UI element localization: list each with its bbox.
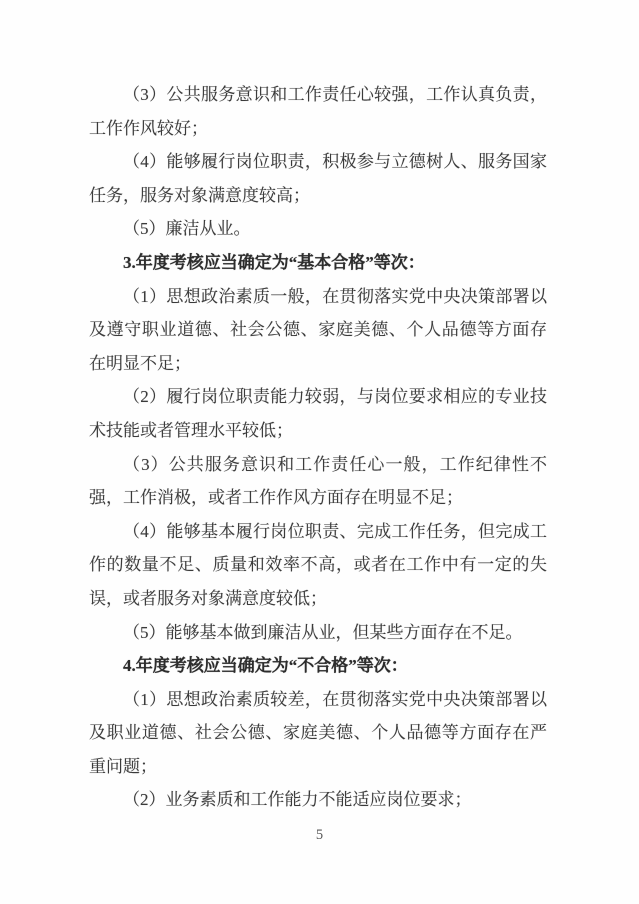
page-footer: 5 [0,826,639,844]
section-heading: 3.年度考核应当确定为“基本合格”等次： [89,246,547,280]
paragraph: （4）能够履行岗位职责，积极参与立德树人、服务国家任务，服务对象满意度较高； [89,145,547,212]
page-number: 5 [316,827,323,843]
paragraph: （1）思想政治素质一般，在贯彻落实党中央决策部署以及遵守职业道德、社会公德、家庭… [89,280,547,381]
paragraph: （5）廉洁从业。 [89,212,547,246]
paragraph: （2）业务素质和工作能力不能适应岗位要求； [89,783,547,817]
document-page: （3）公共服务意识和工作责任心较强，工作认真负责，工作作风较好；（4）能够履行岗… [0,0,639,904]
paragraph: （3）公共服务意识和工作责任心较强，工作认真负责，工作作风较好； [89,78,547,145]
paragraph: （3）公共服务意识和工作责任心一般，工作纪律性不强，工作消极，或者工作作风方面存… [89,448,547,515]
paragraph: （2）履行岗位职责能力较弱，与岗位要求相应的专业技术技能或者管理水平较低； [89,380,547,447]
paragraph: （1）思想政治素质较差，在贯彻落实党中央决策部署以及职业道德、社会公德、家庭美德… [89,683,547,784]
paragraph: （5）能够基本做到廉洁从业，但某些方面存在不足。 [89,616,547,650]
section-heading: 4.年度考核应当确定为“不合格”等次： [89,649,547,683]
paragraph: （4）能够基本履行岗位职责、完成工作任务，但完成工作的数量不足、质量和效率不高，… [89,515,547,616]
document-body: （3）公共服务意识和工作责任心较强，工作认真负责，工作作风较好；（4）能够履行岗… [89,78,547,817]
